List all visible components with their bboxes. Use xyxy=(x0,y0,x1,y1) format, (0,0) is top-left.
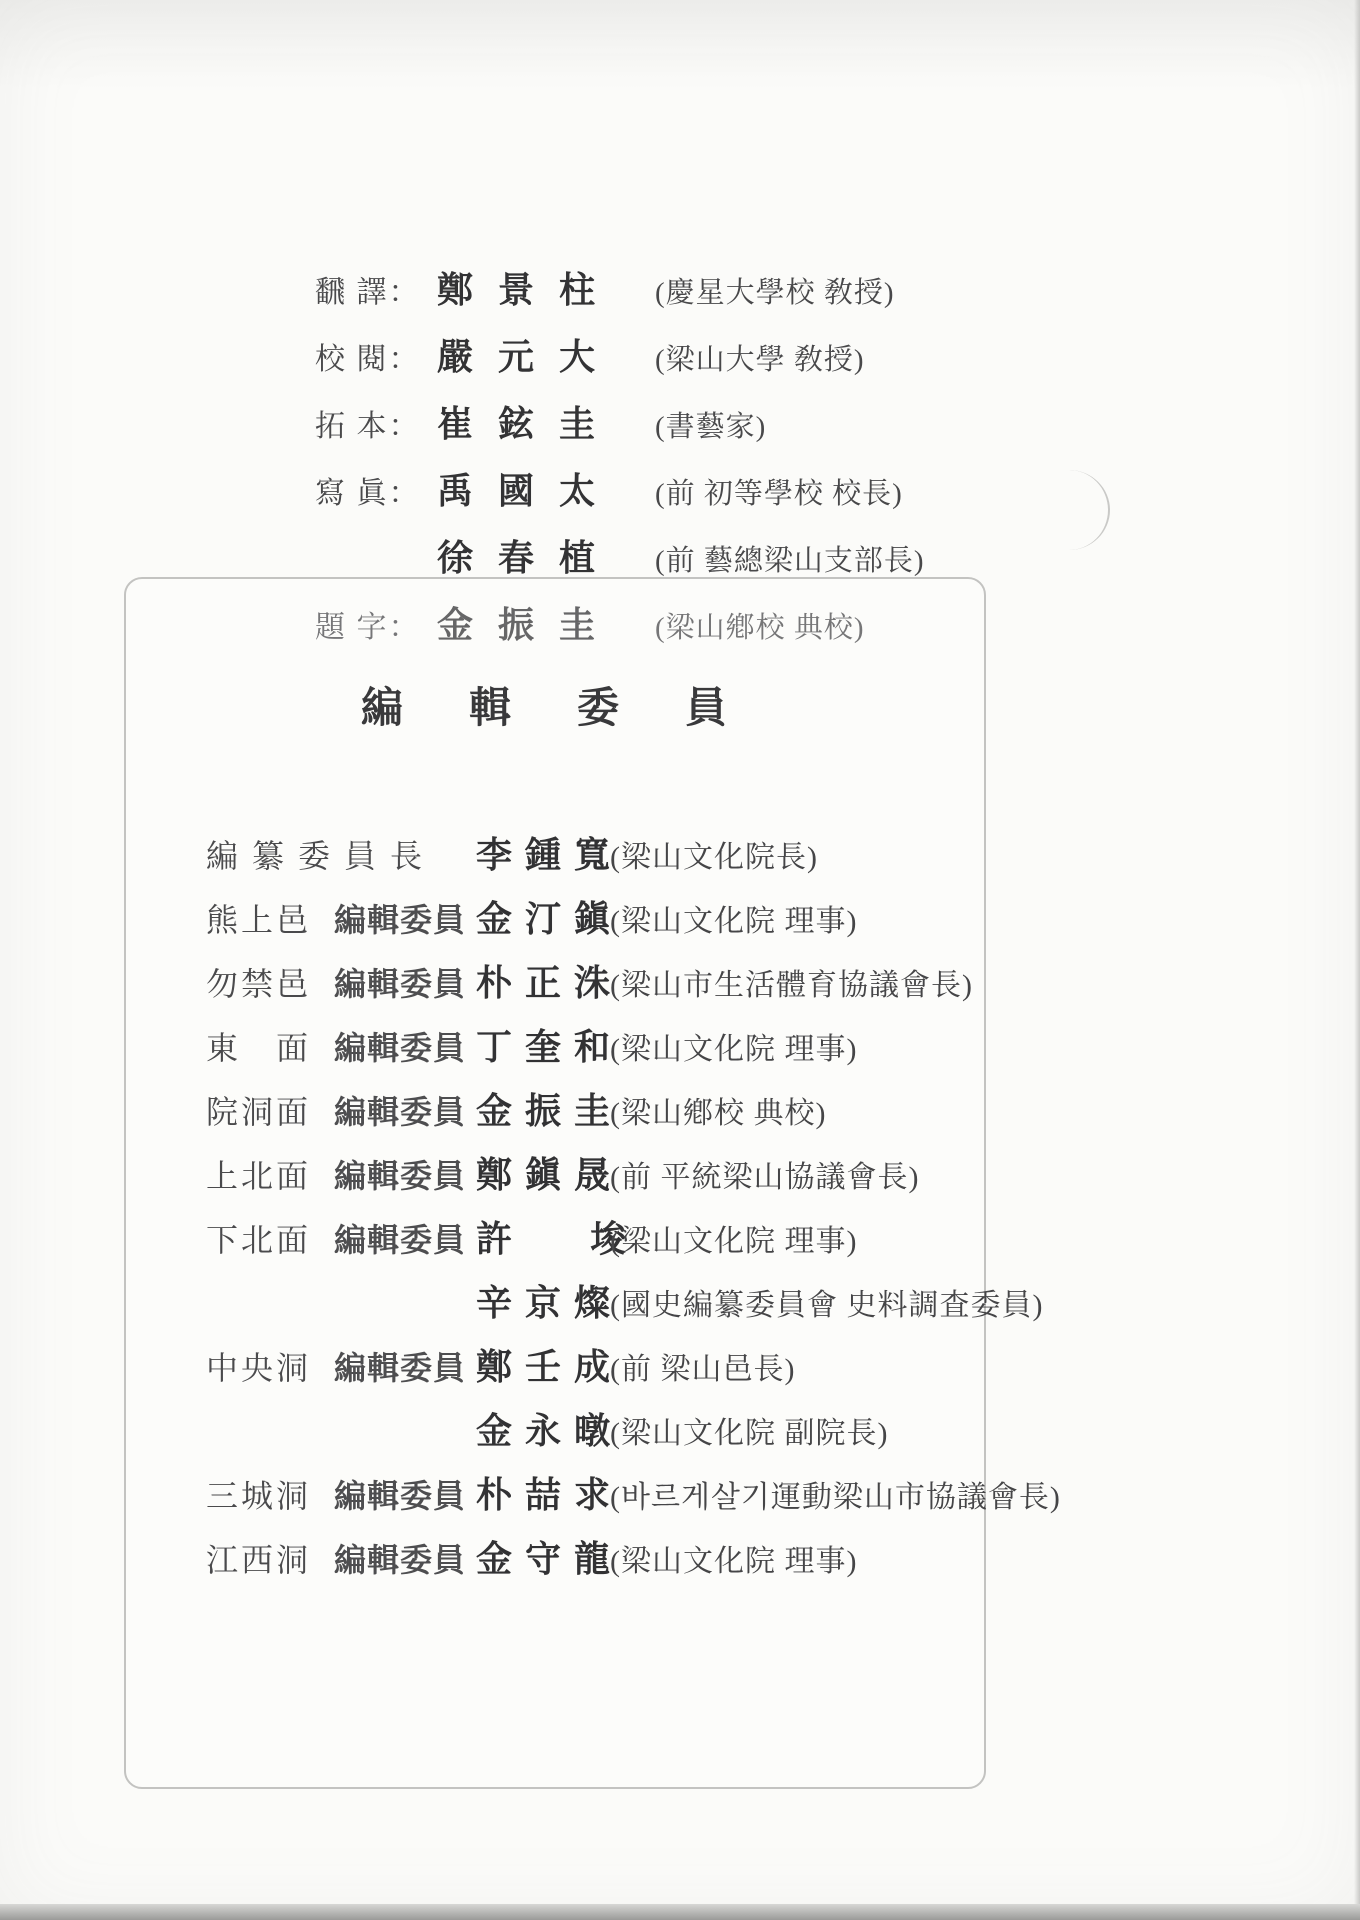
credit-affiliation: (前 初等學校 校長) xyxy=(655,471,903,512)
committee-member-affiliation: (바르게살기運動梁山市協議會長) xyxy=(610,1472,1061,1516)
page-curl-mark xyxy=(1028,470,1110,550)
credit-affiliation: (梁山大學 敎授) xyxy=(655,337,865,378)
committee-role-label: 編輯委員 xyxy=(334,1343,476,1389)
committee-member-affiliation: (梁山文化院 理事) xyxy=(610,1536,857,1580)
committee-member-name: 金 振 圭 xyxy=(476,1083,610,1134)
committee-region-label: 中央洞 xyxy=(206,1343,334,1389)
credit-line-rubbing: 拓 本： 崔 鉉 圭 (書藝家) xyxy=(315,396,925,436)
committee-row: 勿禁邑 編輯委員 朴 正 洙 (梁山市生活體育協議會長) xyxy=(206,955,954,991)
committee-member-affiliation: (梁山文化院長) xyxy=(610,832,818,876)
credit-role-label: 拓 本： xyxy=(315,401,437,445)
committee-region-label: 院洞面 xyxy=(206,1087,334,1133)
committee-member-affiliation: (前 梁山邑長) xyxy=(610,1344,795,1388)
committee-role-label: 編輯委員 xyxy=(334,959,476,1005)
committee-list: 編 纂 委 員 長 李 鍾 寬 (梁山文化院長) 熊上邑 編輯委員 金 汀 鎭 … xyxy=(206,827,954,1567)
credit-line-photography: 寫 眞： 禹 國 太 (前 初等學校 校長) xyxy=(315,463,925,503)
committee-row: 編 纂 委 員 長 李 鍾 寬 (梁山文化院長) xyxy=(206,827,954,863)
committee-member-affiliation: (梁山文化院 理事) xyxy=(610,1024,857,1068)
committee-row: 中央洞 編輯委員 鄭 壬 成 (前 梁山邑長) xyxy=(206,1339,954,1375)
committee-member-name: 丁 奎 和 xyxy=(476,1019,610,1070)
credit-person-name: 嚴 元 大 xyxy=(437,329,655,380)
committee-member-name: 鄭 鎭 晟 xyxy=(476,1147,610,1198)
scanned-document-page: 飜 譯： 鄭 景 柱 (慶星大學校 敎授) 校 閱： 嚴 元 大 (梁山大學 敎… xyxy=(0,0,1360,1920)
committee-box: 編 輯 委 員 編 纂 委 員 長 李 鍾 寬 (梁山文化院長) 熊上邑 編輯委… xyxy=(124,577,986,1789)
committee-row: 東 面 編輯委員 丁 奎 和 (梁山文化院 理事) xyxy=(206,1019,954,1055)
credit-affiliation: (書藝家) xyxy=(655,404,766,445)
committee-row: 江西洞 編輯委員 金 守 龍 (梁山文化院 理事) xyxy=(206,1531,954,1567)
scan-shade-top xyxy=(0,0,1360,90)
committee-title: 編 輯 委 員 xyxy=(206,675,894,735)
committee-member-name: 金 汀 鎭 xyxy=(476,891,610,942)
credit-affiliation: (慶星大學校 敎授) xyxy=(655,270,895,311)
credit-role-label: 校 閱： xyxy=(315,334,437,378)
committee-row: 辛 京 燦 (國史編纂委員會 史料調査委員) xyxy=(206,1275,954,1311)
committee-region-label: 編 纂 委 員 長 xyxy=(206,831,334,877)
committee-role-label: 編輯委員 xyxy=(334,895,476,941)
committee-role-label: 編輯委員 xyxy=(334,1087,476,1133)
credit-role-label: 飜 譯： xyxy=(315,267,437,311)
committee-role-label: 編輯委員 xyxy=(334,1471,476,1517)
committee-member-affiliation: (梁山鄕校 典校) xyxy=(610,1088,826,1132)
committee-region-label: 下北面 xyxy=(206,1215,334,1261)
credit-line-photography-2: 徐 春 植 (前 藝總梁山支部長) xyxy=(315,530,925,570)
committee-role-label: 編輯委員 xyxy=(334,1151,476,1197)
credit-person-name: 禹 國 太 xyxy=(437,463,655,514)
credit-role-label: 寫 眞： xyxy=(315,468,437,512)
committee-row: 金 永 暾 (梁山文化院 副院長) xyxy=(206,1403,954,1439)
committee-member-affiliation: (梁山文化院 理事) xyxy=(610,1216,857,1260)
committee-row: 上北面 編輯委員 鄭 鎭 晟 (前 平統梁山協議會長) xyxy=(206,1147,954,1183)
committee-member-name: 鄭 壬 成 xyxy=(476,1339,610,1390)
committee-member-affiliation: (梁山市生活體育協議會長) xyxy=(610,960,973,1004)
committee-member-affiliation: (梁山文化院 副院長) xyxy=(610,1408,888,1452)
committee-row: 三城洞 編輯委員 朴 喆 求 (바르게살기運動梁山市協議會長) xyxy=(206,1467,954,1503)
committee-member-affiliation: (前 平統梁山協議會長) xyxy=(610,1152,919,1196)
committee-member-name: 金 永 暾 xyxy=(476,1403,610,1454)
credit-person-name: 徐 春 植 xyxy=(437,530,655,581)
committee-role-label: 編輯委員 xyxy=(334,1023,476,1069)
committee-role-label: 編輯委員 xyxy=(334,1215,476,1261)
committee-region-label: 熊上邑 xyxy=(206,895,334,941)
credit-affiliation: (前 藝總梁山支部長) xyxy=(655,538,925,579)
committee-region-label: 三城洞 xyxy=(206,1471,334,1517)
committee-region-label: 東 面 xyxy=(206,1023,334,1069)
committee-member-name: 許 埈 xyxy=(476,1211,610,1262)
committee-member-affiliation: (國史編纂委員會 史料調査委員) xyxy=(610,1280,1043,1324)
committee-member-name: 朴 喆 求 xyxy=(476,1467,610,1518)
credit-line-proofreading: 校 閱： 嚴 元 大 (梁山大學 敎授) xyxy=(315,329,925,369)
committee-member-name: 朴 正 洙 xyxy=(476,955,610,1006)
credit-line-translation: 飜 譯： 鄭 景 柱 (慶星大學校 敎授) xyxy=(315,262,925,302)
committee-member-name: 李 鍾 寬 xyxy=(476,827,610,878)
committee-region-label: 江西洞 xyxy=(206,1535,334,1581)
committee-row: 院洞面 編輯委員 金 振 圭 (梁山鄕校 典校) xyxy=(206,1083,954,1119)
scan-edge-right xyxy=(1354,0,1360,1920)
credit-person-name: 崔 鉉 圭 xyxy=(437,396,655,447)
credit-person-name: 鄭 景 柱 xyxy=(437,262,655,313)
committee-row: 熊上邑 編輯委員 金 汀 鎭 (梁山文化院 理事) xyxy=(206,891,954,927)
committee-member-affiliation: (梁山文化院 理事) xyxy=(610,896,857,940)
committee-region-label: 上北面 xyxy=(206,1151,334,1197)
committee-role-label: 編輯委員 xyxy=(334,1535,476,1581)
committee-row: 下北面 編輯委員 許 埈 (梁山文化院 理事) xyxy=(206,1211,954,1247)
committee-region-label: 勿禁邑 xyxy=(206,959,334,1005)
scan-edge-bottom xyxy=(0,1904,1360,1920)
committee-member-name: 辛 京 燦 xyxy=(476,1275,610,1326)
committee-member-name: 金 守 龍 xyxy=(476,1531,610,1582)
